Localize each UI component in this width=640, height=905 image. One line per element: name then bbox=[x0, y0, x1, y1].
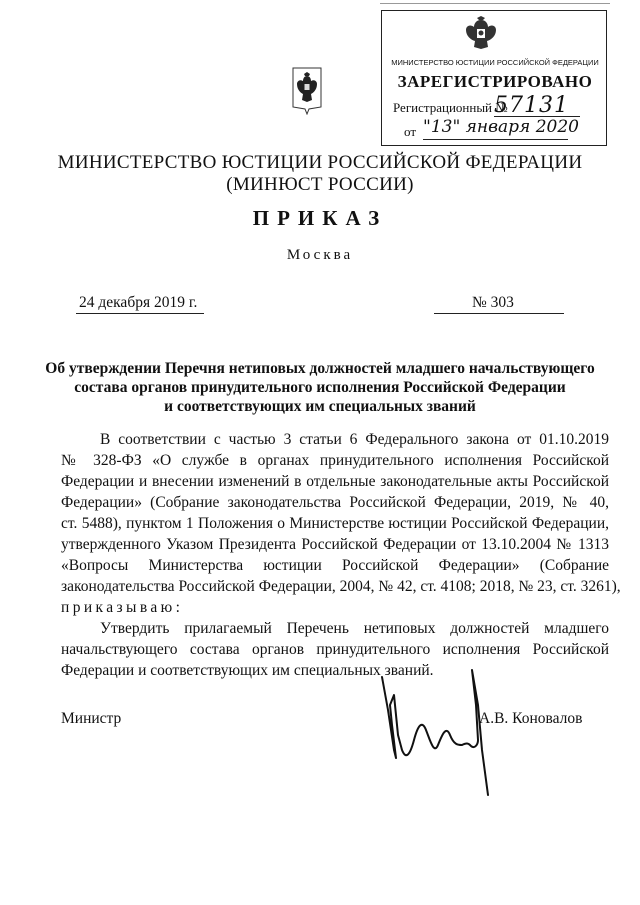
ministry-name: МИНИСТЕРСТВО ЮСТИЦИИ РОССИЙСКОЙ ФЕДЕРАЦИ… bbox=[0, 152, 640, 174]
stamp-coat-of-arms-icon bbox=[462, 16, 500, 52]
body-line: «Вопросы Министерства юстиции Российской… bbox=[61, 556, 609, 576]
body-line: Федерации и внесении изменений в отдельн… bbox=[61, 472, 609, 492]
stamp-from-label: от bbox=[404, 124, 416, 140]
stamp-date-underline bbox=[423, 139, 568, 140]
number-underline bbox=[434, 313, 564, 314]
subject-line: состава органов принудительного исполнен… bbox=[0, 379, 640, 397]
body-line: Федерации» (Собрание законодательства Ро… bbox=[61, 493, 609, 513]
body-line: Федерации и соответствующих им специальн… bbox=[61, 661, 609, 681]
order-number: № 303 bbox=[472, 294, 514, 312]
body-line: В соответствии с частью 3 статьи 6 Федер… bbox=[100, 430, 609, 450]
stamp-reg-date: "13" января 2020 bbox=[423, 117, 579, 137]
signer-name: А.В. Коновалов bbox=[479, 710, 582, 728]
body-line: утвержденного Указом Президента Российск… bbox=[61, 535, 609, 555]
stamp-status: ЗАРЕГИСТРИРОВАНО bbox=[384, 72, 606, 92]
stamp-reg-number: 57131 bbox=[494, 93, 569, 118]
body-line: начальствующего состава органов принудит… bbox=[61, 640, 609, 660]
city: Москва bbox=[0, 247, 640, 264]
subject-line: Об утверждении Перечня нетиповых должнос… bbox=[0, 360, 640, 378]
subject-line: и соответствующих им специальных званий bbox=[0, 398, 640, 416]
stamp-top-border bbox=[380, 3, 610, 4]
body-line: № 328-ФЗ «О службе в органах принудитель… bbox=[61, 451, 609, 471]
handwritten-signature-icon bbox=[380, 665, 520, 800]
order-date: 24 декабря 2019 г. bbox=[79, 294, 197, 312]
document-type: ПРИКАЗ bbox=[0, 206, 640, 231]
stamp-reg-label: Регистрационный № bbox=[393, 100, 508, 116]
signer-position: Министр bbox=[61, 710, 121, 728]
ministry-short-name: (МИНЮСТ РОССИИ) bbox=[0, 174, 640, 196]
order-word: приказываю: bbox=[61, 598, 609, 618]
body-line: законодательства Российской Федерации, 2… bbox=[61, 577, 609, 597]
coat-of-arms-icon bbox=[292, 67, 322, 115]
body-line: Утвердить прилагаемый Перечень нетиповых… bbox=[100, 619, 609, 639]
date-underline bbox=[76, 313, 204, 314]
stamp-ministry-name: МИНИСТЕРСТВО ЮСТИЦИИ РОССИЙСКОЙ ФЕДЕРАЦИ… bbox=[384, 58, 606, 67]
body-line: ст. 5488), пунктом 1 Положения о Министе… bbox=[61, 514, 609, 534]
